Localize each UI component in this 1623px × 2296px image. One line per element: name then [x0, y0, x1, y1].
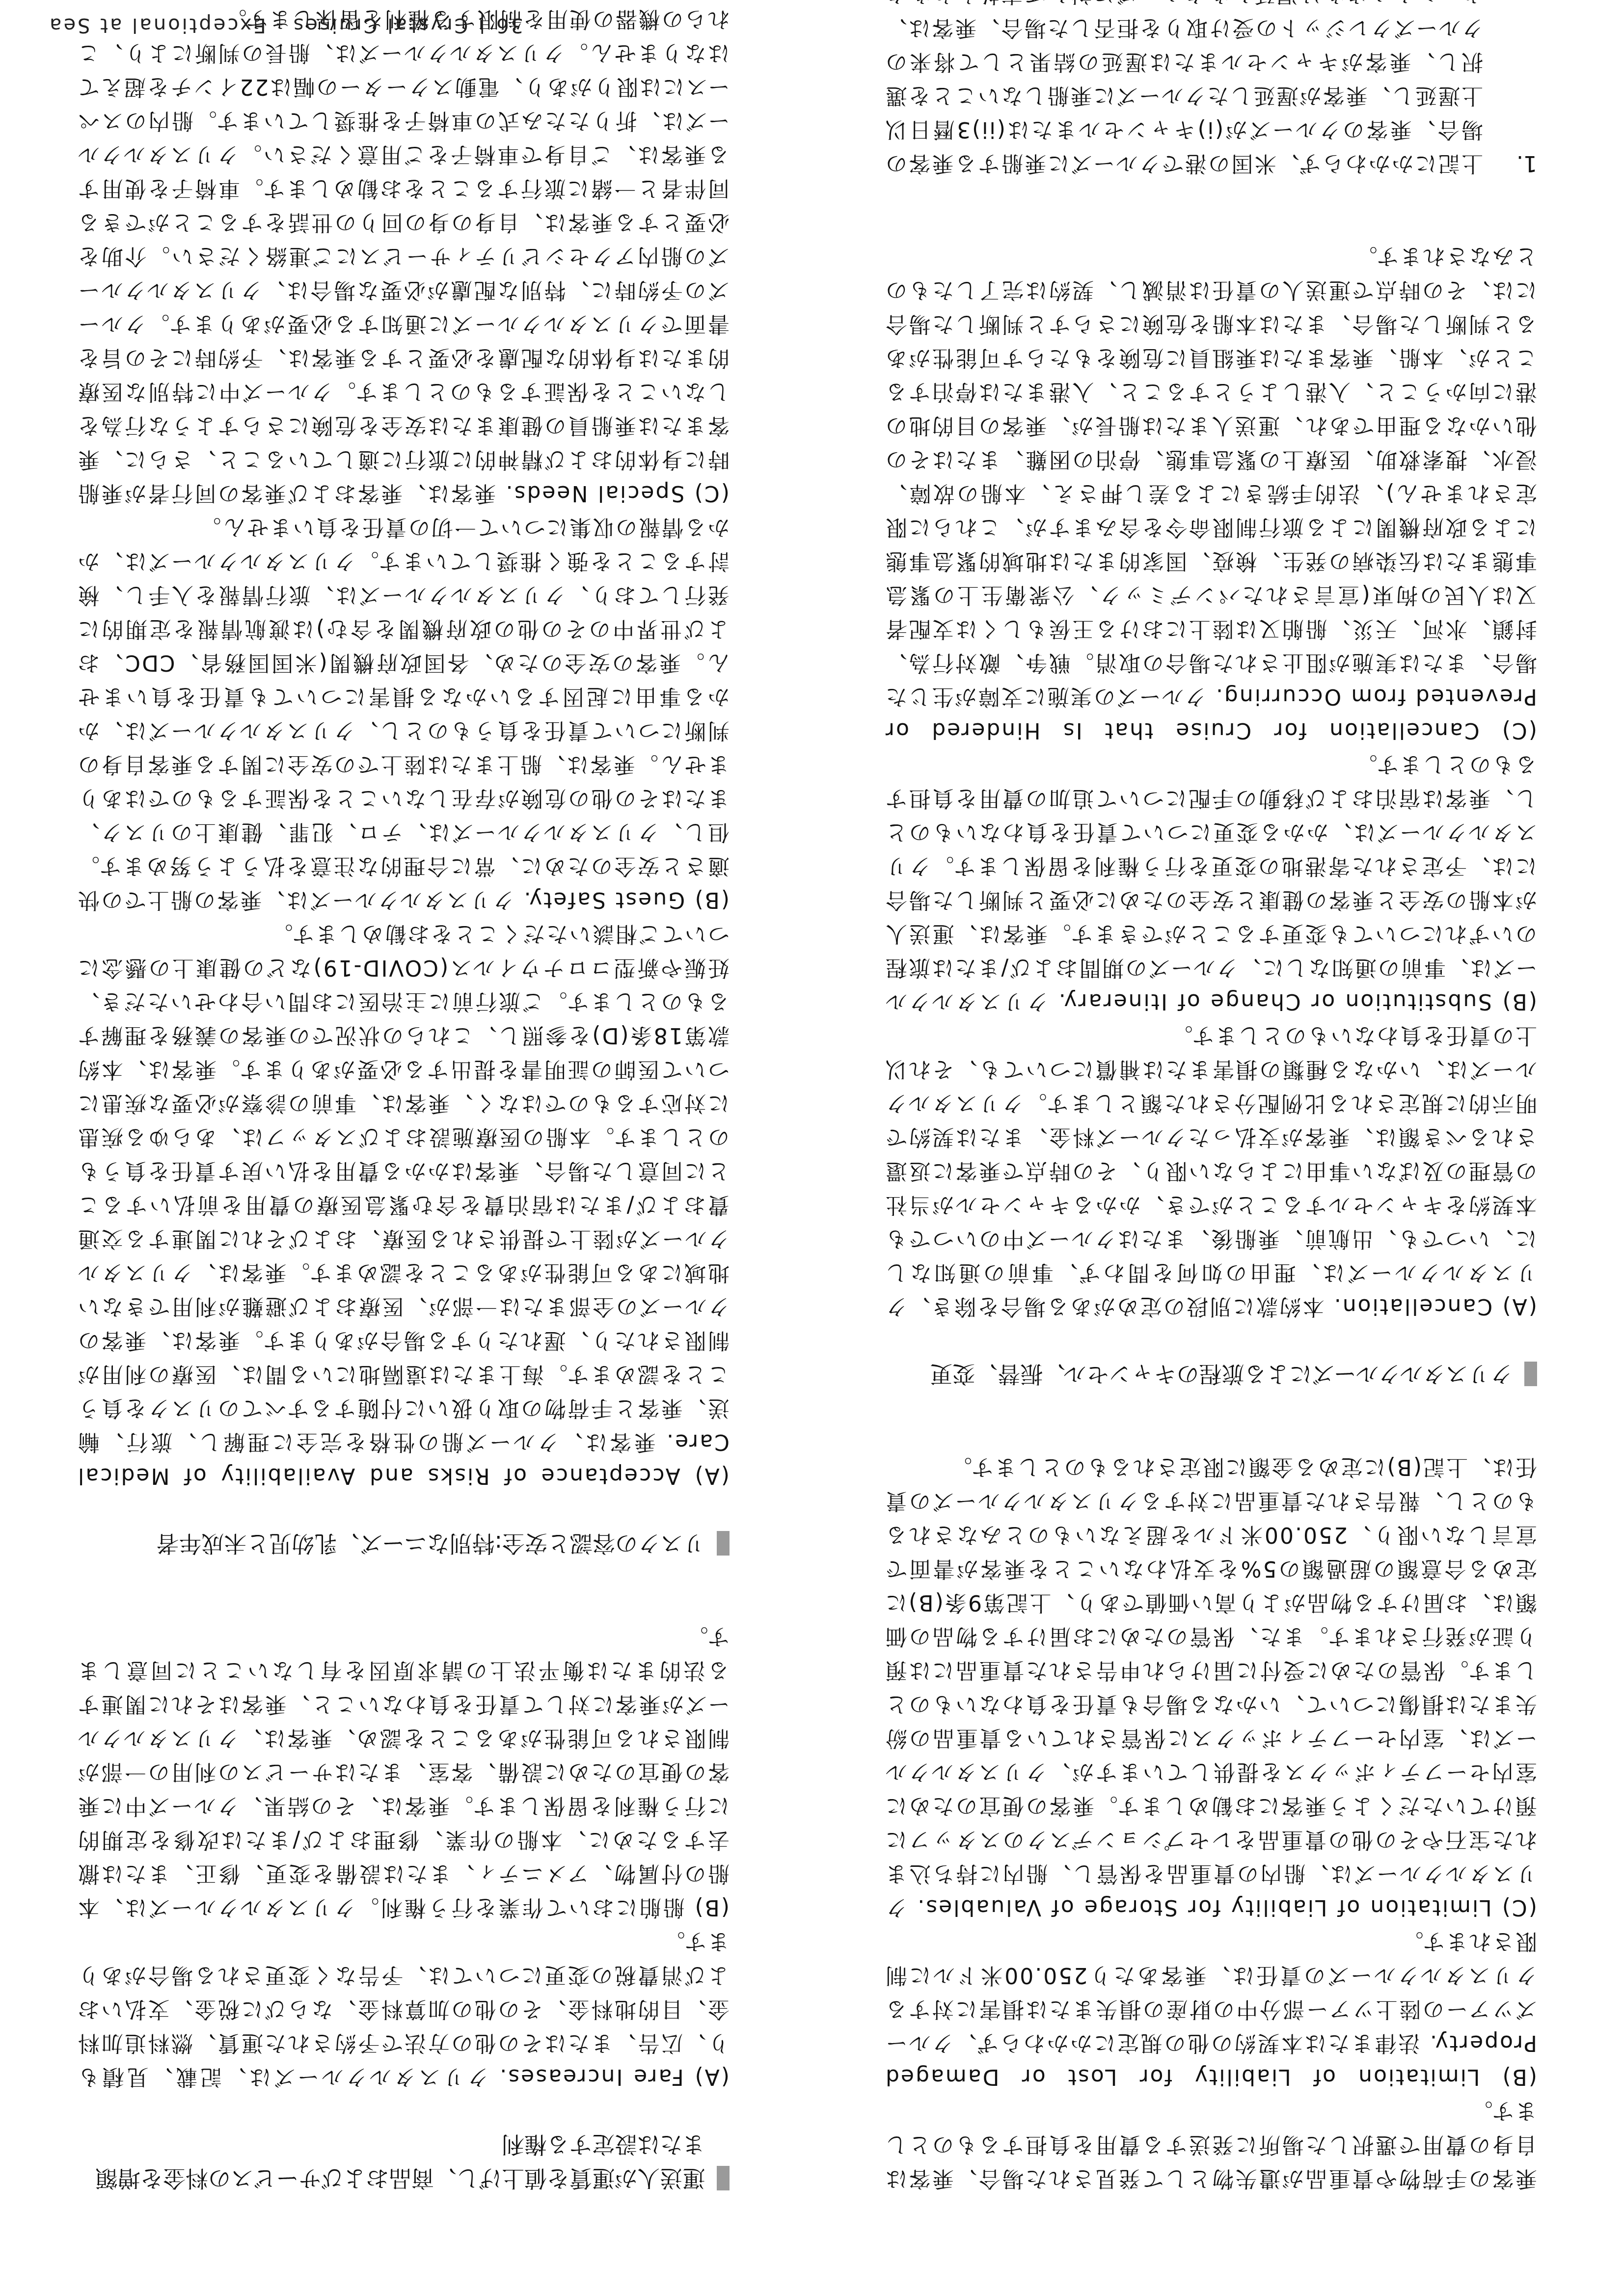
heading-marker-icon	[717, 2166, 730, 2190]
item-number: 1.	[1483, 0, 1537, 180]
intro-paragraph: 乗客の手荷物や貴重品が遺失物として発見された場合、乗客は自身の費用で選択した場所…	[884, 2094, 1537, 2195]
publication-title: Crystal Cruises - Exceptional at Sea	[48, 14, 468, 36]
section-risk-b: (B) Guest Safety. クリスタルクルーズは、乗客の船上での快適さと…	[77, 510, 730, 917]
page-number: 36	[494, 14, 523, 36]
section-cancel-b: (B) Substitution or Change of Itinerary.…	[884, 747, 1537, 1018]
section-fare-b: (B) 船舶において作業を行う権利。クリスタルクルーズは、本船の付属物、アメニテ…	[77, 1619, 730, 1924]
section-cancel-a: (A) Cancellation. 本約款に別段の定めがある場合を除き、クリスタ…	[884, 1018, 1537, 1323]
section-limitation-b: (B) Limitation of Liability for Lost or …	[884, 1924, 1537, 2094]
page-footer: 36|Crystal Cruises - Exceptional at Sea	[48, 14, 523, 36]
section-heading-cancellation: クリスタルクルーズによる旅程のキャンセル、振替、変更	[884, 1357, 1537, 1391]
right-column: 運送人が運賃を値上げし、商品およびサービスの料金を増額または設定する権利 (A)…	[77, 0, 730, 2195]
section-risk-c: (C) Special Needs. 乗客は、乗客および乗客の同行者が乗船時に身…	[77, 2, 730, 510]
heading-marker-icon	[1524, 1362, 1537, 1386]
section-limitation-c: (C) Limitation of Liability for Storage …	[884, 1450, 1537, 1924]
section-fare-a: (A) Fare Increases. クリスタルクルーズは、記載、見積もり、広…	[77, 1924, 730, 2094]
heading-text: 運送人が運賃を値上げし、商品およびサービスの料金を増額または設定する権利	[77, 2128, 705, 2195]
heading-text: リスクの容認と安全:特別なニーズ、乳幼児と未成年者	[156, 1527, 705, 1560]
section-risk-a: (A) Acceptance of Risks and Availability…	[77, 917, 730, 1493]
numbered-item-1: 1. 上記にかかわらず、米国の港でクルーズに乗船する乗客の場合、乗客のクルーズが…	[884, 0, 1537, 180]
item-text: 上記にかかわらず、米国の港でクルーズに乗船する乗客の場合、乗客のクルーズが(i)…	[884, 0, 1483, 180]
section-risk-d: (D) Service Animals. クリスタルクルーズは、介助動物、身体的…	[77, 0, 730, 2]
section-cancel-c: (C) Cancellation for Cruise that Is Hind…	[884, 239, 1537, 747]
left-column: 乗客の手荷物や貴重品が遺失物として発見された場合、乗客は自身の費用で選択した場所…	[884, 0, 1537, 2195]
document-page: 乗客の手荷物や貴重品が遺失物として発見された場合、乗客は自身の費用で選択した場所…	[0, 0, 1623, 2296]
heading-text: クリスタルクルーズによる旅程のキャンセル、振替、変更	[930, 1357, 1513, 1391]
footer-separator: |	[477, 14, 486, 36]
section-heading-risk: リスクの容認と安全:特別なニーズ、乳幼児と未成年者	[77, 1527, 730, 1560]
section-heading-fare: 運送人が運賃を値上げし、商品およびサービスの料金を増額または設定する権利	[77, 2128, 730, 2195]
heading-marker-icon	[717, 1531, 730, 1556]
